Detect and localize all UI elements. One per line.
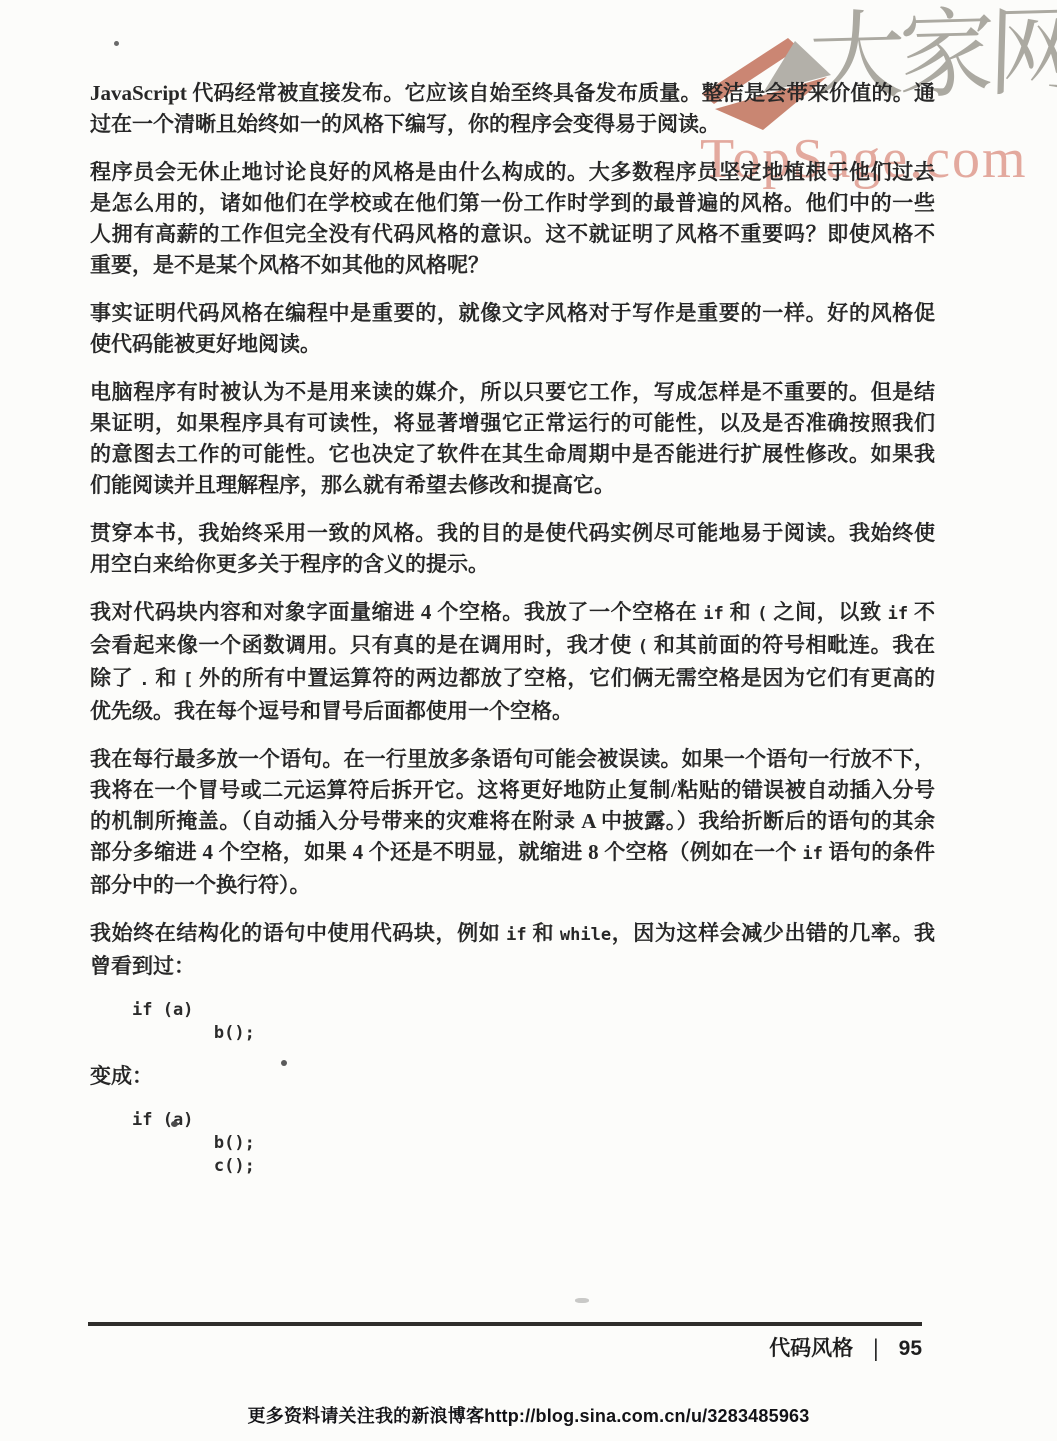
inline-code: if [888, 604, 908, 624]
scan-artifact-dot [114, 41, 119, 46]
text-line: 部分中的一个换行符）。 [90, 870, 935, 901]
footer-rule [88, 1322, 922, 1326]
text-line: 我对代码块内容和对象字面量缩进 4 个空格。我放了一个空格在 if 和 ( 之间… [90, 597, 935, 630]
page-number: 95 [899, 1337, 922, 1361]
text-line: 我将在一个冒号或二元运算符后拆开它。这将更好地防止复制/粘贴的错误被自动插入分号 [90, 775, 935, 806]
text-line: 果证明，如果程序具有可读性，将显著增强它正常运行的可能性，以及是否准确按照我们 [90, 408, 935, 439]
blog-note: 更多资料请关注我的新浪博客http://blog.sina.com.cn/u/3… [248, 1402, 810, 1428]
paragraph: 我始终在结构化的语句中使用代码块，例如 if 和 while，因为这样会减少出错… [90, 918, 935, 982]
paragraph: 变成： [90, 1061, 935, 1092]
page-body: JavaScript 代码经常被直接发布。它应该自始至终具备发布质量。整洁是会带… [90, 78, 935, 1194]
code-block: if (a) b(); c(); [132, 1109, 935, 1178]
inline-code: if [703, 604, 723, 624]
text-line: 部分多缩进 4 个空格，如果 4 个还是不明显，就缩进 8 个空格（例如在一个 … [90, 837, 935, 870]
scan-artifact-dot [171, 1121, 178, 1127]
text-line: 是怎么用的，诸如他们在学校或在他们第一份工作时学到的最普遍的风格。他们中的一些 [90, 188, 935, 219]
text-line: 的意图去工作的可能性。它也决定了软件在其生命周期中是否能进行扩展性修改。如果我 [90, 439, 935, 470]
scan-artifact-dot [281, 1060, 287, 1066]
inline-code: if [506, 925, 526, 945]
text-line: JavaScript 代码经常被直接发布。它应该自始至终具备发布质量。整洁是会带… [90, 78, 935, 109]
paragraph: 我对代码块内容和对象字面量缩进 4 个空格。我放了一个空格在 if 和 ( 之间… [90, 597, 935, 727]
chapter-title: 代码风格 [769, 1332, 853, 1362]
scan-artifact-smudge [575, 1298, 589, 1303]
paragraph: 电脑程序有时被认为不是用来读的媒介，所以只要它工作，写成怎样是不重要的。但是结果… [90, 377, 935, 501]
text-line: 我始终在结构化的语句中使用代码块，例如 if 和 while，因为这样会减少出错… [90, 918, 935, 951]
text-line: 优先级。我在每个逗号和冒号后面都使用一个空格。 [90, 696, 935, 727]
inline-code: while [560, 925, 611, 945]
page-footer: 代码风格 | 95 [769, 1332, 922, 1362]
inline-code: ( [638, 637, 648, 657]
text-line: 的机制所掩盖。（自动插入分号带来的灾难将在附录 A 中披露。）我给折断后的语句的… [90, 806, 935, 837]
paragraph: 事实证明代码风格在编程中是重要的，就像文字风格对于写作是重要的一样。好的风格促使… [90, 298, 935, 360]
text-line: 除了 . 和 [ 外的所有中置运算符的两边都放了空格，它们俩无需空格是因为它们有… [90, 663, 935, 696]
text-line: 曾看到过： [90, 951, 935, 982]
text-line: 变成： [90, 1061, 935, 1092]
text-line: 重要，是不是某个风格不如其他的风格呢？ [90, 250, 935, 281]
inline-code: ( [757, 604, 767, 624]
inline-code: [ [183, 670, 193, 690]
code-block: if (a) b(); [132, 999, 935, 1045]
text-line: 人拥有高薪的工作但完全没有代码风格的意识。这不就证明了风格不重要吗？即使风格不 [90, 219, 935, 250]
paragraph: JavaScript 代码经常被直接发布。它应该自始至终具备发布质量。整洁是会带… [90, 78, 935, 140]
paragraph: 贯穿本书，我始终采用一致的风格。我的目的是使代码实例尽可能地易于阅读。我始终使用… [90, 518, 935, 580]
text-line: 们能阅读并且理解程序，那么就有希望去修改和提高它。 [90, 470, 935, 501]
footer-divider: | [873, 1335, 878, 1363]
text-line: 程序员会无休止地讨论良好的风格是由什么构成的。大多数程序员坚定地植根于他们过去 [90, 157, 935, 188]
text-line: 会看起来像一个函数调用。只有真的是在调用时，我才使 ( 和其前面的符号相毗连。我… [90, 630, 935, 663]
book-page: 大家网 TopSage.com JavaScript 代码经常被直接发布。它应该… [0, 0, 1057, 1441]
text-line: 事实证明代码风格在编程中是重要的，就像文字风格对于写作是重要的一样。好的风格促 [90, 298, 935, 329]
paragraph: 我在每行最多放一个语句。在一行里放多条语句可能会被误读。如果一个语句一行放不下，… [90, 744, 935, 901]
text-line: 我在每行最多放一个语句。在一行里放多条语句可能会被误读。如果一个语句一行放不下， [90, 744, 935, 775]
text-line: 电脑程序有时被认为不是用来读的媒介，所以只要它工作，写成怎样是不重要的。但是结 [90, 377, 935, 408]
inline-code: . [139, 670, 149, 690]
text-line: 贯穿本书，我始终采用一致的风格。我的目的是使代码实例尽可能地易于阅读。我始终使 [90, 518, 935, 549]
text-line: 使代码能被更好地阅读。 [90, 329, 935, 360]
inline-code: if [802, 844, 822, 864]
text-line: 用空白来给你更多关于程序的含义的提示。 [90, 549, 935, 580]
paragraph: 程序员会无休止地讨论良好的风格是由什么构成的。大多数程序员坚定地植根于他们过去是… [90, 157, 935, 281]
text-line: 过在一个清晰且始终如一的风格下编写，你的程序会变得易于阅读。 [90, 109, 935, 140]
